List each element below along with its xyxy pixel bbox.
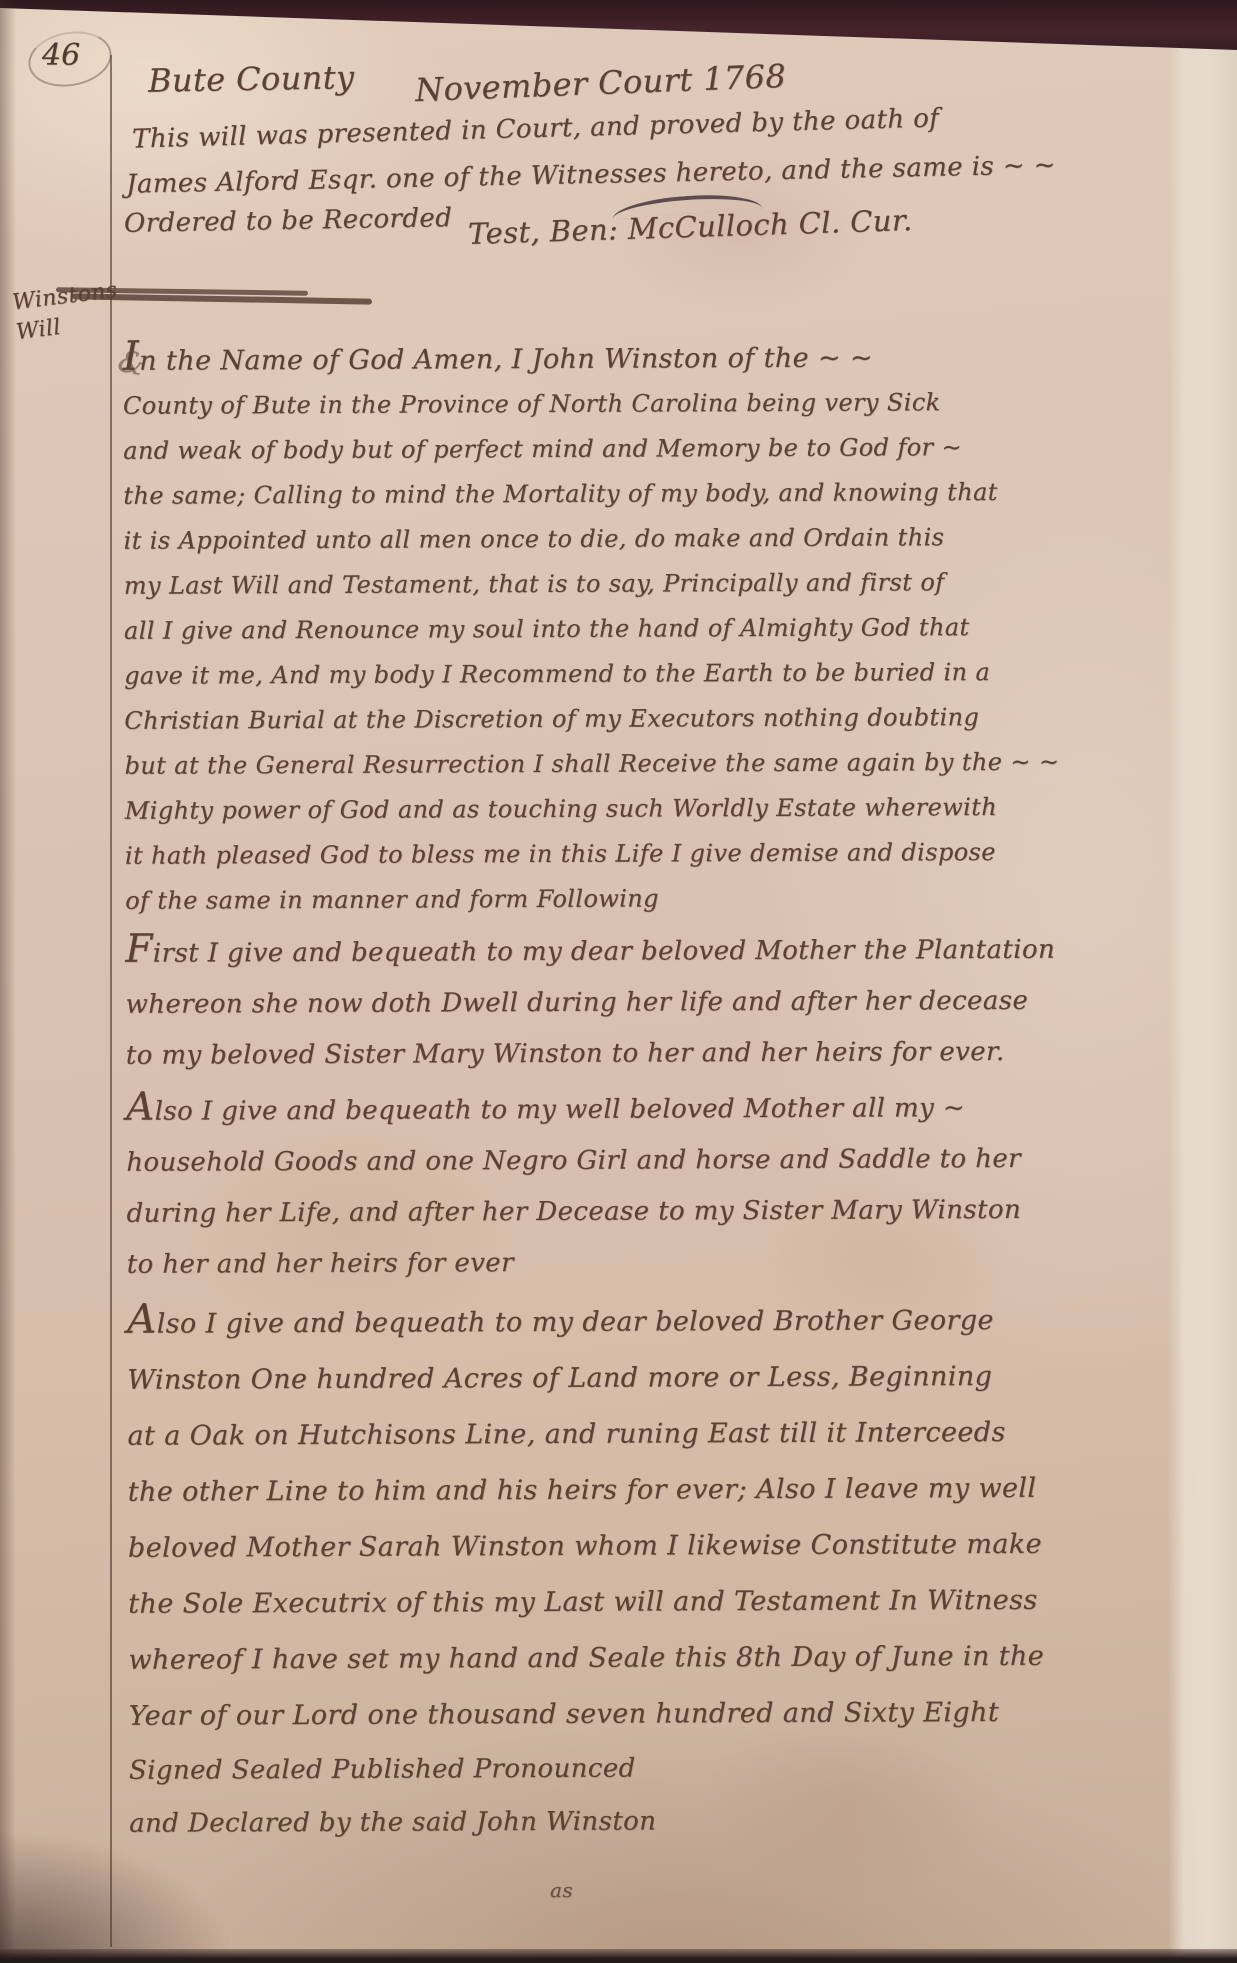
corner-shadow bbox=[0, 1833, 230, 1963]
manuscript-line: all I give and Renounce my soul into the… bbox=[124, 605, 944, 654]
manuscript-line: at a Oak on Hutchisons Line, and runing … bbox=[127, 1405, 947, 1465]
manuscript-line: In the Name of God Amen, I John Winston … bbox=[123, 330, 943, 384]
manuscript-line: gave it me, And my body I Recommend to t… bbox=[124, 650, 944, 699]
catchword: as bbox=[550, 1878, 573, 1902]
manuscript-line: Christian Burial at the Discretion of my… bbox=[124, 695, 944, 744]
manuscript-line: Year of our Lord one thousand seven hund… bbox=[129, 1685, 949, 1745]
page-edge-strip bbox=[1168, 40, 1237, 1963]
manuscript-line: household Goods and one Negro Girl and h… bbox=[126, 1134, 946, 1189]
margin-rule-line bbox=[110, 55, 112, 1947]
manuscript-line: Also I give and bequeath to my dear belo… bbox=[127, 1287, 947, 1353]
manuscript-line: whereof I have set my hand and Seale thi… bbox=[128, 1629, 948, 1689]
manuscript-line: it hath pleased God to bless me in this … bbox=[125, 830, 945, 879]
manuscript-line: the same; Calling to mind the Mortality … bbox=[123, 470, 943, 519]
manuscript-line: to my beloved Sister Mary Winston to her… bbox=[126, 1027, 946, 1082]
book-binding-bottom bbox=[0, 1949, 1237, 1963]
header-county: Bute County bbox=[148, 58, 355, 100]
manuscript-line: of the same in manner and form Following bbox=[125, 875, 945, 924]
manuscript-page-scan: 46 Bute County November Court 1768 This … bbox=[0, 0, 1237, 1963]
manuscript-line: the Sole Executrix of this my Last will … bbox=[128, 1573, 948, 1633]
page-number: 46 bbox=[42, 38, 80, 73]
manuscript-line: to her and her heirs for ever bbox=[127, 1236, 947, 1291]
manuscript-line: the other Line to him and his heirs for … bbox=[128, 1461, 948, 1521]
manuscript-line: Signed Sealed Published Pronounced bbox=[129, 1741, 949, 1798]
will-text: In the Name of God Amen, I John Winston … bbox=[123, 330, 950, 1851]
manuscript-line: and weak of body but of perfect mind and… bbox=[123, 425, 943, 474]
manuscript-line: Also I give and bequeath to my well belo… bbox=[126, 1078, 946, 1138]
manuscript-line: beloved Mother Sarah Winston whom I like… bbox=[128, 1517, 948, 1577]
manuscript-line: County of Bute in the Province of North … bbox=[123, 380, 943, 429]
margin-note: Winstons Will bbox=[11, 276, 123, 348]
probate-note-line: Ordered to be Recorded bbox=[124, 203, 453, 239]
manuscript-line: whereon she now doth Dwell during her li… bbox=[126, 976, 946, 1031]
manuscript-line: it is Appointed unto all men once to die… bbox=[124, 515, 944, 564]
manuscript-line: but at the General Resurrection I shall … bbox=[124, 740, 944, 789]
manuscript-line: First I give and bequeath to my dear bel… bbox=[125, 920, 945, 980]
manuscript-line: Winston One hundred Acres of Land more o… bbox=[127, 1349, 947, 1409]
manuscript-line: Mighty power of God and as touching such… bbox=[125, 785, 945, 834]
manuscript-line: during her Life, and after her Decease t… bbox=[126, 1185, 946, 1240]
manuscript-line: and Declared by the said John Winston bbox=[129, 1794, 949, 1851]
manuscript-line: my Last Will and Testament, that is to s… bbox=[124, 560, 944, 609]
